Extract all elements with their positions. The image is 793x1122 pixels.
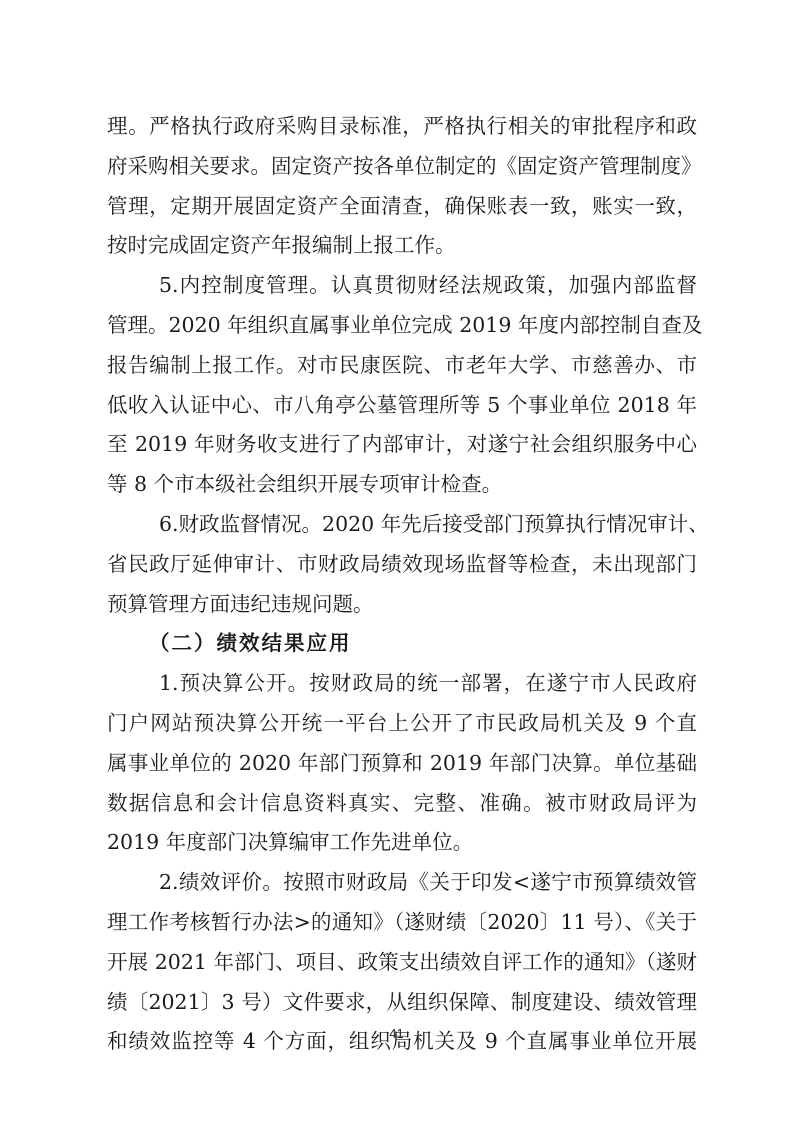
- text-line: 省民政厅延伸审计、市财政局绩效现场监督等检查，未出现部门: [107, 545, 697, 585]
- text-line: 至 2019 年财务收支进行了内部审计，对遂宁社会组织服务中心: [107, 425, 697, 465]
- text-line: 2019 年度部门决算编审工作先进单位。: [107, 823, 697, 863]
- text-line: 绩〔2021〕3 号）文件要求，从组织保障、制度建设、绩效管理: [107, 983, 697, 1023]
- paragraph-item-1-start: 1.预决算公开。按财政局的统一部署，在遂宁市人民政府: [107, 664, 697, 704]
- paragraph-item-5-start: 5.内控制度管理。认真贯彻财经法规政策，加强内部监督: [107, 266, 697, 306]
- document-page: 理。严格执行政府采购目录标准，严格执行相关的审批程序和政 府采购相关要求。固定资…: [0, 0, 793, 1122]
- text-line: 低收入认证中心、市八角亭公墓管理所等 5 个事业单位 2018 年: [107, 386, 697, 426]
- section-heading: （二）绩效结果应用: [107, 624, 697, 664]
- paragraph-item-2-start: 2.绩效评价。按照市财政局《关于印发<遂宁市预算绩效管: [107, 863, 697, 903]
- text-line: 等 8 个市本级社会组织开展专项审计检查。: [107, 465, 697, 505]
- text-line: 开展 2021 年部门、项目、政策支出绩效自评工作的通知》（遂财: [107, 943, 697, 983]
- document-body: 理。严格执行政府采购目录标准，严格执行相关的审批程序和政 府采购相关要求。固定资…: [107, 107, 697, 1062]
- page-number: 41: [0, 1026, 793, 1041]
- text-line: 管理。2020 年组织直属事业单位完成 2019 年度内部控制自查及: [107, 306, 697, 346]
- text-line: 门户网站预决算公开统一平台上公开了市民政局机关及 9 个直: [107, 704, 697, 744]
- text-line: 府采购相关要求。固定资产按各单位制定的《固定资产管理制度》: [107, 147, 697, 187]
- paragraph-item-6-start: 6.财政监督情况。2020 年先后接受部门预算执行情况审计、: [107, 505, 697, 545]
- text-line: 属事业单位的 2020 年部门预算和 2019 年部门决算。单位基础: [107, 744, 697, 784]
- text-line: 预算管理方面违纪违规问题。: [107, 585, 697, 625]
- text-line: 理工作考核暂行办法>的通知》（遂财绩〔2020〕11 号）、《关于: [107, 903, 697, 943]
- text-line: 理。严格执行政府采购目录标准，严格执行相关的审批程序和政: [107, 107, 697, 147]
- text-line: 数据信息和会计信息资料真实、完整、准确。被市财政局评为: [107, 784, 697, 824]
- text-line: 报告编制上报工作。对市民康医院、市老年大学、市慈善办、市: [107, 346, 697, 386]
- text-line: 管理，定期开展固定资产全面清查，确保账表一致，账实一致，: [107, 187, 697, 227]
- text-line: 按时完成固定资产年报编制上报工作。: [107, 226, 697, 266]
